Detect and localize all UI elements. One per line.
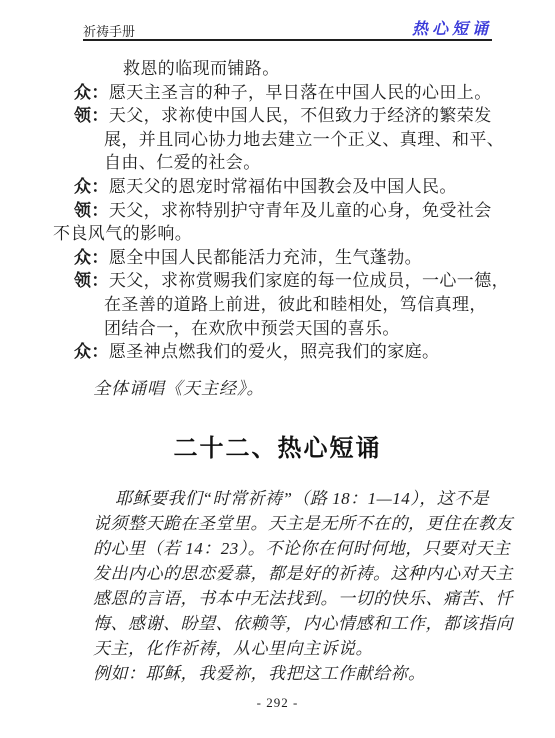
intro-line: 天主，化作祈祷，从心里向主诉说。 — [93, 636, 505, 661]
line-text: 天父，求祢使中国人民，不但致力于经济的繁荣发 — [109, 106, 492, 125]
liturgy-line: 领：天父，求祢特别护守青年及儿童的心身，免受社会 — [53, 199, 501, 223]
intro-paragraph: 耶稣要我们“时常祈祷”（路 18：1—14），这不是 说须整天跪在圣堂里。天主是… — [93, 486, 505, 686]
line-text: 天父，求祢赏赐我们家庭的每一位成员，一心一德， — [109, 271, 509, 290]
rubric-line: 全体诵唱《天主经》。 — [93, 374, 265, 399]
liturgy-line: 团结合一，在欢欣中预尝天国的喜乐。 — [53, 317, 501, 341]
line-text: 自由、仁爱的社会。 — [104, 153, 261, 172]
header-chapter-title: 热心短诵 — [412, 16, 492, 39]
header-rule — [83, 39, 492, 41]
liturgy-line: 众：愿全中国人民都能活力充沛，生气蓬勃。 — [53, 246, 501, 270]
liturgy-line: 众：愿天主圣言的种子，早日落在中国人民的心田上。 — [53, 81, 501, 105]
speaker-label: 领： — [74, 201, 109, 220]
liturgy-line: 不良风气的影响。 — [53, 222, 501, 246]
intro-line: 耶稣要我们“时常祈祷”（路 18：1—14），这不是 — [93, 486, 505, 511]
line-text: 不良风气的影响。 — [53, 224, 192, 243]
liturgy-line: 救恩的临现而铺路。 — [53, 57, 501, 81]
speaker-label: 领： — [74, 106, 109, 125]
liturgy-section: 救恩的临现而铺路。 众：愿天主圣言的种子，早日落在中国人民的心田上。 领：天父，… — [53, 57, 501, 364]
line-text: 在圣善的道路上前进，彼此和睦相处，笃信真理， — [104, 295, 487, 314]
liturgy-line: 展，并且同心协力地去建立一个正义、真理、和平、 — [53, 128, 501, 152]
intro-line: 说须整天跪在圣堂里。天主是无所不在的，更住在教友 — [93, 511, 505, 536]
liturgy-line: 众：愿圣神点燃我们的爱火，照亮我们的家庭。 — [53, 340, 501, 364]
line-text: 天父，求祢特别护守青年及儿童的心身，免受社会 — [109, 201, 492, 220]
line-text: 愿天父的恩宠时常福佑中国教会及中国人民。 — [109, 177, 457, 196]
liturgy-line: 领：天父，求祢赏赐我们家庭的每一位成员，一心一德， — [53, 269, 501, 293]
liturgy-line: 自由、仁爱的社会。 — [53, 151, 501, 175]
intro-line: 悔、感谢、盼望、依赖等，内心情感和工作，都该指向 — [93, 611, 505, 636]
line-text: 团结合一，在欢欣中预尝天国的喜乐。 — [104, 319, 400, 338]
speaker-label: 众： — [74, 248, 109, 267]
intro-line: 例如：耶稣，我爱祢，我把这工作献给祢。 — [93, 661, 505, 686]
speaker-label: 领： — [74, 271, 109, 290]
page-number: - 292 - — [0, 695, 555, 711]
intro-line: 的心里（若 14：23）。不论你在何时何地，只要对天主 — [93, 536, 505, 561]
line-text: 救恩的临现而铺路。 — [123, 59, 280, 78]
intro-line: 发出内心的思恋爱慕，都是好的祈祷。这种内心对天主 — [93, 561, 505, 586]
line-text: 愿全中国人民都能活力充沛，生气蓬勃。 — [109, 248, 422, 267]
intro-line: 感恩的言语，书本中无法找到。一切的快乐、痛苦、忏 — [93, 586, 505, 611]
speaker-label: 众： — [74, 177, 109, 196]
line-text: 愿天主圣言的种子，早日落在中国人民的心田上。 — [109, 83, 492, 102]
speaker-label: 众： — [74, 83, 109, 102]
book-page: 祈祷手册 热心短诵 救恩的临现而铺路。 众：愿天主圣言的种子，早日落在中国人民的… — [0, 0, 555, 738]
line-text: 展，并且同心协力地去建立一个正义、真理、和平、 — [104, 130, 504, 149]
liturgy-line: 在圣善的道路上前进，彼此和睦相处，笃信真理， — [53, 293, 501, 317]
header-book-title: 祈祷手册 — [83, 21, 135, 40]
section-title: 二十二、热心短诵 — [0, 428, 555, 463]
liturgy-line: 领：天父，求祢使中国人民，不但致力于经济的繁荣发 — [53, 104, 501, 128]
line-text: 愿圣神点燃我们的爱火，照亮我们的家庭。 — [109, 342, 440, 361]
speaker-label: 众： — [74, 342, 109, 361]
liturgy-line: 众：愿天父的恩宠时常福佑中国教会及中国人民。 — [53, 175, 501, 199]
